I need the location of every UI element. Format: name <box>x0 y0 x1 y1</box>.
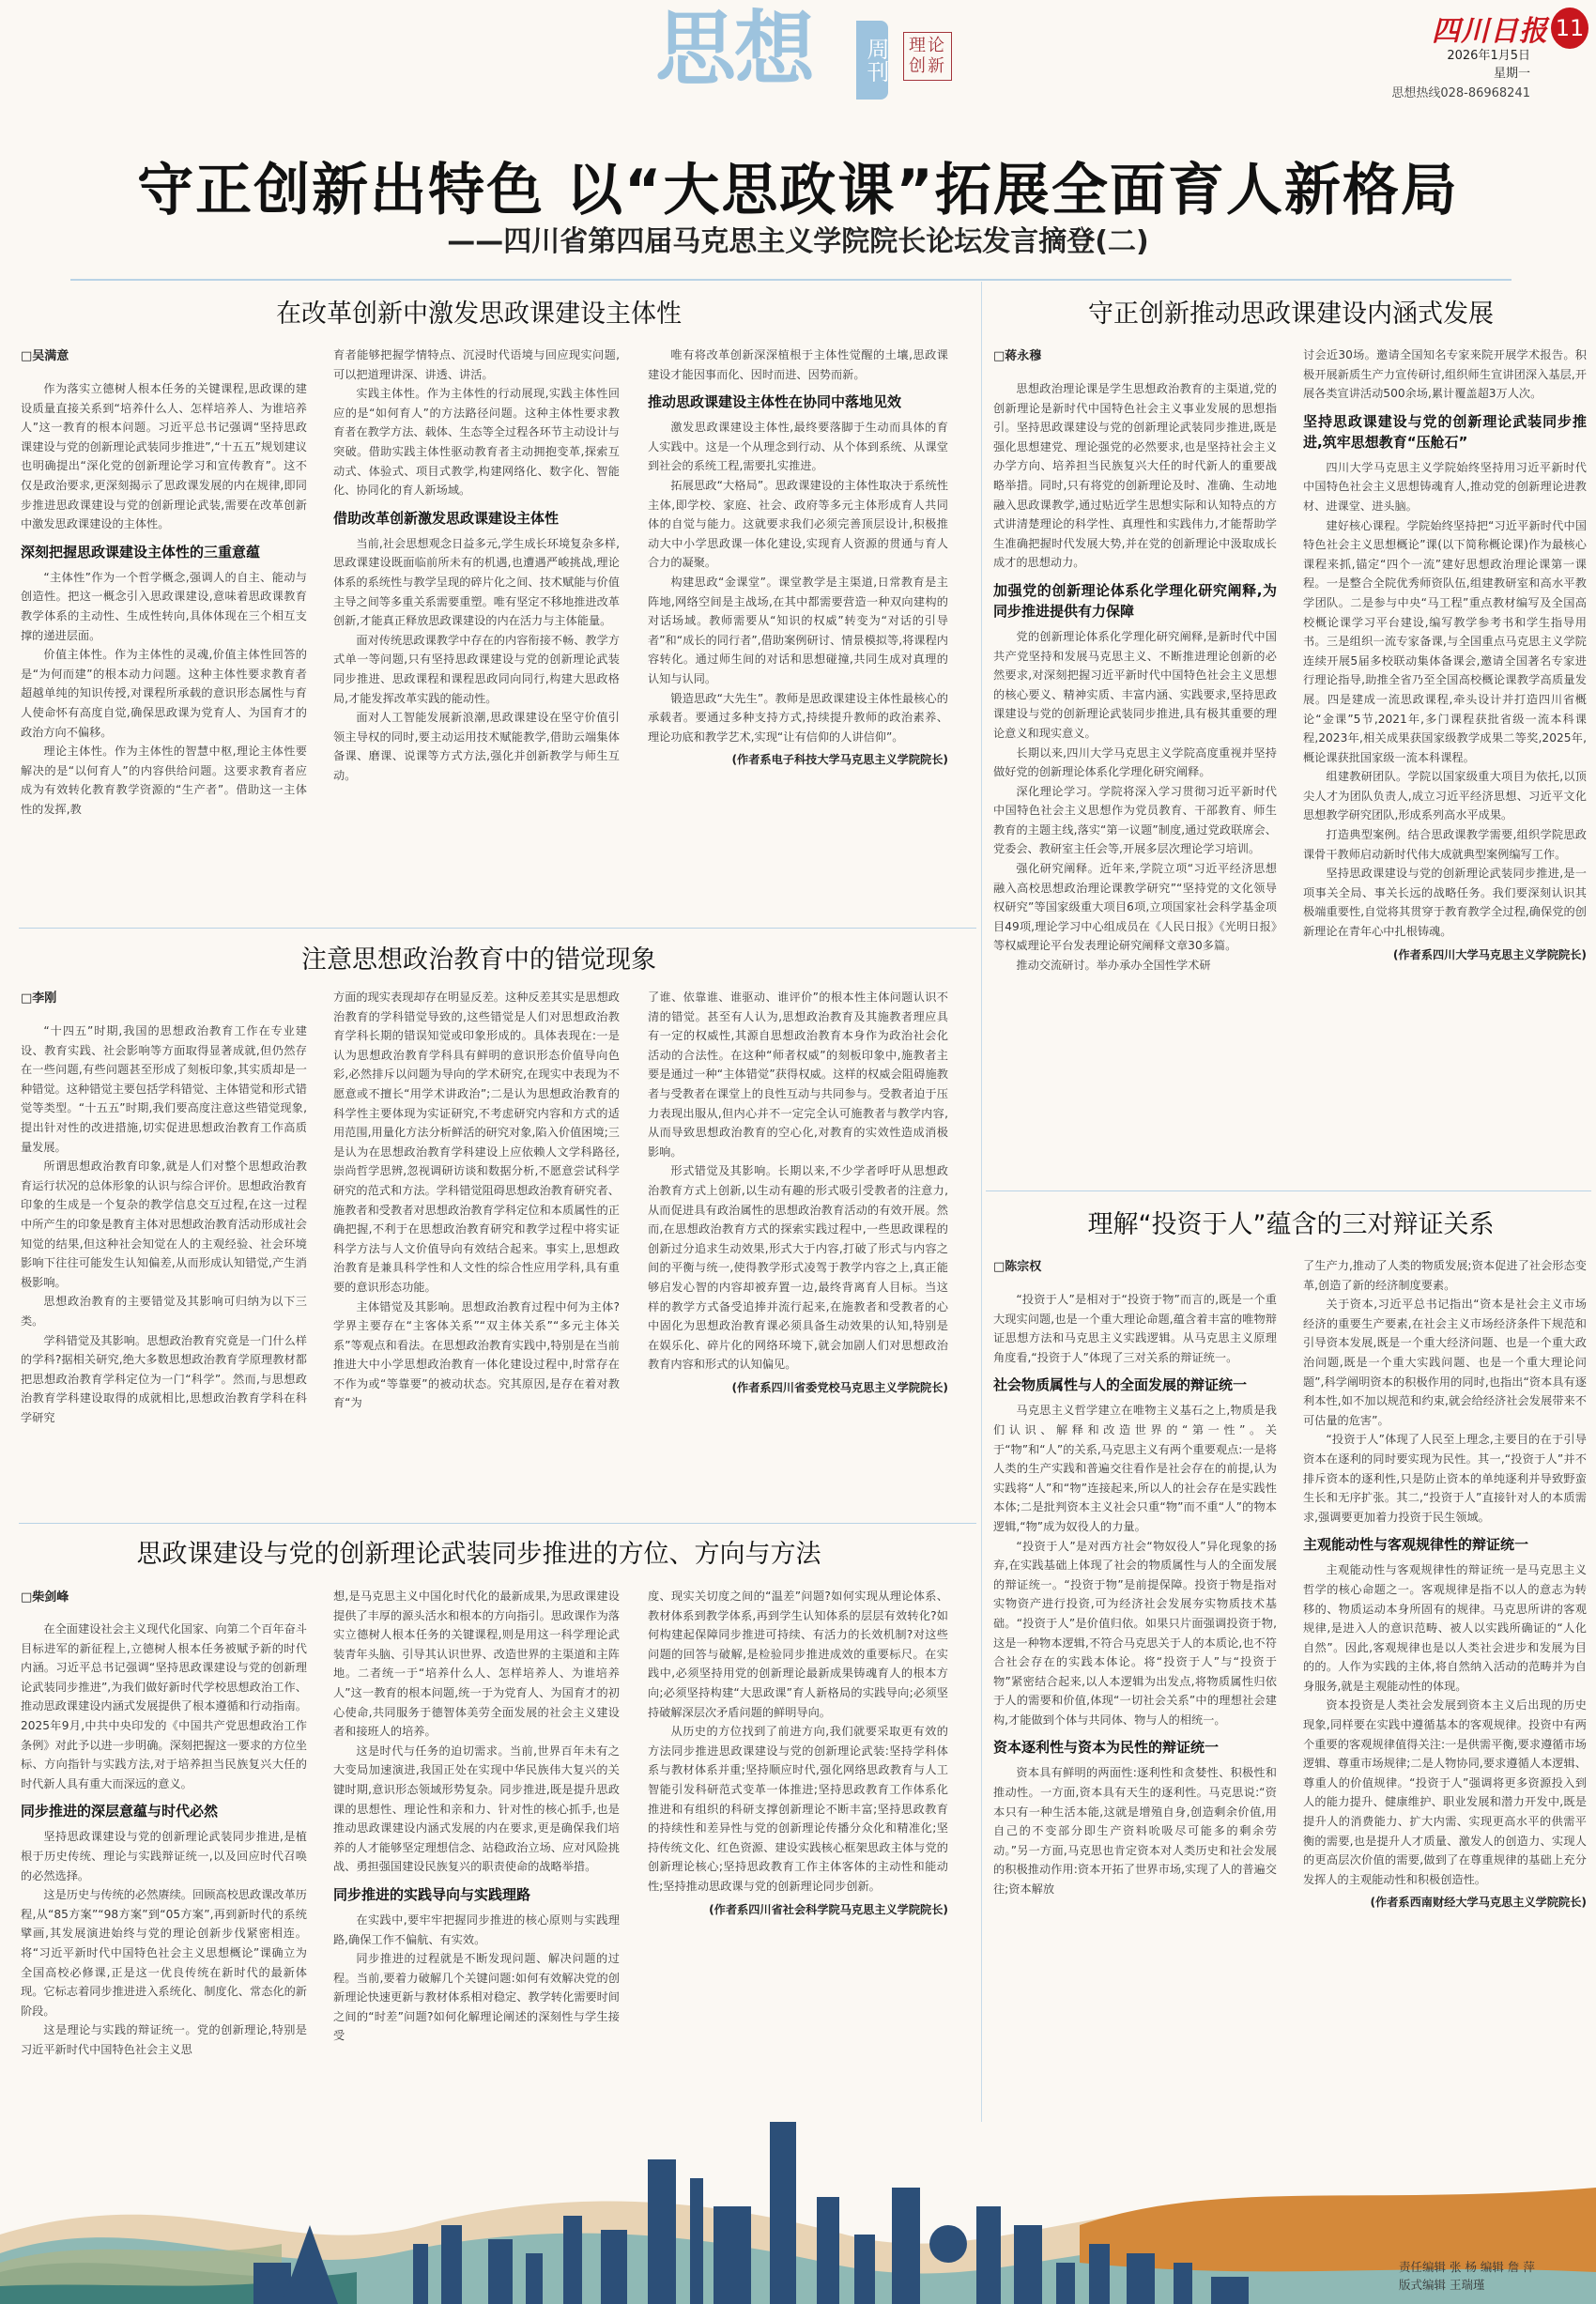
article-title: 思政课建设与党的创新理论武装同步推进的方位、方向与方法 <box>0 1533 958 1570</box>
hotline: 思想热线028-86968241 <box>1333 84 1530 102</box>
article-title: 注意思想政治教育中的错觉现象 <box>0 939 958 975</box>
paragraph: 方面的现实表现却存在明显反差。这种反差其实是思想政治教育的学科错觉导致的,这些错… <box>333 988 620 1298</box>
weekday: 星期一 <box>1371 65 1530 83</box>
author-signature: (作者系四川省委党校马克思主义学院院长) <box>648 1378 948 1398</box>
theory-innovation-seal: 理论创新 <box>903 32 952 81</box>
paragraph: 建好核心课程。学院始终坚持把“习近平新时代中国特色社会主义思想概论”课(以下简称… <box>1303 516 1587 768</box>
section-title: 思想 <box>655 9 813 90</box>
article-column: 了生产力,推动了人类的物质发展;资本促进了社会形态变革,创造了新的经济制度要素。… <box>1303 1256 1587 2116</box>
section-heading: 坚持思政课建设与党的创新理论武装同步推进,筑牢思想教育“压舱石” <box>1303 411 1587 453</box>
skyline-illustration <box>0 2122 1596 2304</box>
paragraph: 马克思主义哲学建立在唯物主义基石之上,物质是我们认识、解释和改造世界的“第一性”… <box>993 1401 1277 1536</box>
section-heading: 深刻把握思政课建设主体性的三重意蕴 <box>21 542 307 562</box>
article-column: 想,是马克思主义中国化时代化的最新成果,为思政课建设提供了丰厚的源头活水和根本的… <box>333 1587 620 2108</box>
paragraph: 主观能动性与客观规律性的辩证统一是马克思主义哲学的核心命题之一。客观规律是指不以… <box>1303 1560 1587 1696</box>
paragraph: 实践主体性。作为主体性的行动展现,实践主体性回应的是“如何育人”的方法路径问题。… <box>333 384 620 500</box>
paragraph: 锻造思政“大先生”。教师是思政课建设主体性最核心的承载者。要通过多种支持方式,持… <box>648 689 948 747</box>
section-heading: 借助改革创新激发思政课建设主体性 <box>333 508 620 529</box>
article-invest-in-people: 理解“投资于人”蕴含的三对辩证关系 □陈宗权 “投资于人”是相对于“投资于物”而… <box>986 1192 1596 2122</box>
paragraph: 四川大学马克思主义学院始终坚持用习近平新时代中国特色社会主义思想铸魂育人,推动党… <box>1303 458 1587 516</box>
author-signature: (作者系四川大学马克思主义学院院长) <box>1303 945 1587 965</box>
article-column: 讨会近30场。邀请全国知名专家来院开展学术报告。积极开展新质生产力宣传研讨,组织… <box>1303 346 1587 1187</box>
article-column: 了谁、依靠谁、谁驱动、谁评价”的根本性主体问题认识不清的错觉。甚至有人认为,思想… <box>648 988 948 1510</box>
paragraph: “投资于人”是相对于“投资于物”而言的,既是一个重大现实问题,也是一个重大理论命… <box>993 1290 1277 1367</box>
city-skyline-icon <box>0 2122 1596 2304</box>
paragraph: 资本具有鲜明的两面性:逐利性和贪婪性、积极性和推动性。一方面,资本具有天生的逐利… <box>993 1763 1277 1898</box>
article-column: 育者能够把握学情特点、沉浸时代语境与回应现实问题,可以把道理讲深、讲透、讲活。实… <box>333 346 620 924</box>
paragraph: 所谓思想政治教育印象,就是人们对整个思想政治教育运行状况的总体形象的认识与综合评… <box>21 1157 307 1292</box>
paragraph: 党的创新理论体系化学理化研究阐释,是新时代中国共产党坚持和发展马克思主义、不断推… <box>993 627 1277 744</box>
section-divider <box>19 1523 976 1524</box>
paragraph: 坚持思政课建设与党的创新理论武装同步推进,是一项事关全局、事关长远的战略任务。我… <box>1303 864 1587 941</box>
paragraph: 主体错觉及其影响。思想政治教育过程中何为主体?学界主要存在“主客体关系”“双主体… <box>333 1298 620 1414</box>
article-author: □柴剑峰 <box>21 1587 69 1605</box>
paragraph: 唯有将改革创新深深植根于主体性觉醒的土壤,思政课建设才能因事而化、因时而进、因势… <box>648 346 948 384</box>
column-divider <box>981 282 982 2122</box>
paragraph: 了谁、依靠谁、谁驱动、谁评价”的根本性主体问题认识不清的错觉。甚至有人认为,思想… <box>648 988 948 1161</box>
paragraph: 激发思政课建设主体性,最终要落脚于生动而具体的育人实践中。这是一个从理念到行动、… <box>648 418 948 476</box>
article-column: “投资于人”是相对于“投资于物”而言的,既是一个重大现实问题,也是一个重大理论命… <box>993 1290 1277 2116</box>
article-author: □李刚 <box>21 988 56 1006</box>
paragraph: “投资于人”是对西方社会“物奴役人”异化现象的扬弃,在实践基础上体现了社会的物质… <box>993 1537 1277 1730</box>
section-divider <box>986 1190 1591 1191</box>
article-illusion: 注意思想政治教育中的错觉现象 □李刚 “十四五”时期,我国的思想政治教育工作在专… <box>0 929 981 1521</box>
paragraph: 学科错觉及其影响。思想政治教育究竟是一门什么样的学科?据相关研究,绝大多数思想政… <box>21 1331 307 1428</box>
paragraph: 想,是马克思主义中国化时代化的最新成果,为思政课建设提供了丰厚的源头活水和根本的… <box>333 1587 620 1742</box>
paragraph: 这是理论与实践的辩证统一。党的创新理论,特别是习近平新时代中国特色社会主义思 <box>21 2020 307 2059</box>
paragraph: 打造典型案例。结合思政课教学需要,组织学院思政课骨干教师启动新时代伟大成就典型案… <box>1303 825 1587 864</box>
top-divider <box>70 279 1512 281</box>
paragraph: 育者能够把握学情特点、沉浸时代语境与回应现实问题,可以把道理讲深、讲透、讲活。 <box>333 346 620 384</box>
section-heading: 同步推进的深层意蕴与时代必然 <box>21 1801 307 1821</box>
article-title: 理解“投资于人”蕴含的三对辩证关系 <box>986 1204 1596 1240</box>
paragraph: 拓展思政“大格局”。思政课建设的主体性取决于系统性主体,即学校、家庭、社会、政府… <box>648 476 948 573</box>
paragraph: 思想政治教育的主要错觉及其影响可归纳为以下三类。 <box>21 1292 307 1330</box>
page-number-badge: 11 <box>1551 8 1588 49</box>
paragraph: 理论主体性。作为主体性的智慧中枢,理论主体性要解决的是“以何育人”的内容供给问题… <box>21 742 307 819</box>
paragraph: 在实践中,要牢牢把握同步推进的核心原则与实践理路,确保工作不偏航、有实效。 <box>333 1911 620 1949</box>
paragraph: 同步推进的过程就是不断发现问题、解决问题的过程。当前,要着力破解几个关键问题:如… <box>333 1949 620 2046</box>
section-heading: 资本逐利性与资本为民性的辩证统一 <box>993 1737 1277 1758</box>
article-author: □吴满意 <box>21 346 69 363</box>
paragraph: 当前,社会思想观念日益多元,学生成长环境复杂多样,思政课建设既面临前所未有的机遇… <box>333 534 620 631</box>
article-column: 方面的现实表现却存在明显反差。这种反差其实是思想政治教育的学科错觉导致的,这些错… <box>333 988 620 1510</box>
section-heading: 同步推进的实践导向与实践理路 <box>333 1884 620 1905</box>
author-signature: (作者系西南财经大学马克思主义学院院长) <box>1303 1893 1587 1912</box>
paragraph: 关于资本,习近平总书记指出“资本是社会主义市场经济的重要生产要素,在社会主义市场… <box>1303 1295 1587 1430</box>
editor-credits: 责任编辑 张 杨 编辑 詹 萍 版式编辑 王瑞瑾 <box>1399 2258 1535 2294</box>
paragraph: 度、现实关切度之间的“温差”问题?如何实现从理论体系、教材体系到教学体系,再到学… <box>648 1587 948 1722</box>
masthead: 思想 周刊 理论创新 四川日报 11 2026年1月5日 星期一 思想热线028… <box>0 0 1596 141</box>
paragraph: 在全面建设社会主义现代化国家、向第二个百年奋斗目标进军的新征程上,立德树人根本任… <box>21 1620 307 1793</box>
editor-line: 责任编辑 张 杨 编辑 詹 萍 <box>1399 2258 1535 2276</box>
paragraph: 形式错觉及其影响。长期以来,不少学者呼吁从思想政治教育方式上创新,以生动有趣的形… <box>648 1161 948 1375</box>
article-author: □蒋永穆 <box>993 346 1041 363</box>
paragraph: 价值主体性。作为主体性的灵魂,价值主体性回答的是“为何而建”的根本动力问题。这种… <box>21 645 307 742</box>
article-column: 唯有将改革创新深深植根于主体性觉醒的土壤,思政课建设才能因事而化、因时而进、因势… <box>648 346 948 924</box>
author-signature: (作者系四川省社会科学院马克思主义学院院长) <box>648 1900 948 1920</box>
paragraph: 资本投资是人类社会发展到资本主义后出现的历史现象,同样要在实践中遵循基本的客观规… <box>1303 1696 1587 1889</box>
paragraph: 强化研究阐释。近年来,学院立项“习近平经济思想融入高校思想政治理论课教学研究”“… <box>993 859 1277 956</box>
paragraph: 从历史的方位找到了前进方向,我们就要采取更有效的方法同步推进思政课建设与党的创新… <box>648 1722 948 1896</box>
section-tag: 周刊 <box>856 21 888 100</box>
article-column: 度、现实关切度之间的“温差”问题?如何实现从理论体系、教材体系到教学体系,再到学… <box>648 1587 948 2108</box>
paragraph: 面对人工智能发展新浪潮,思政课建设在坚守价值引领主导权的同时,要主动运用技术赋能… <box>333 708 620 785</box>
paragraph: 坚持思政课建设与党的创新理论武装同步推进,是植根于历史传统、理论与实践辩证统一,… <box>21 1827 307 1885</box>
paragraph: 思想政治理论课是学生思想政治教育的主渠道,党的创新理论是新时代中国特色社会主义事… <box>993 379 1277 573</box>
section-heading: 社会物质属性与人的全面发展的辩证统一 <box>993 1375 1277 1395</box>
section-divider <box>19 928 976 929</box>
section-heading: 加强党的创新理论体系化学理化研究阐释,为同步推进提供有力保障 <box>993 580 1277 622</box>
paragraph: 长期以来,四川大学马克思主义学院高度重视并坚持做好党的创新理论体系化学理化研究阐… <box>993 744 1277 782</box>
newspaper-brand: 四川日报 <box>1432 8 1548 49</box>
paragraph: 组建教研团队。学院以国家级重大项目为依托,以顶尖人才为团队负责人,成立习近平经济… <box>1303 767 1587 825</box>
paragraph: 构建思政“金课堂”。课堂教学是主渠道,日常教育是主阵地,网络空间是主战场,在其中… <box>648 573 948 689</box>
article-column: “十四五”时期,我国的思想政治教育工作在专业建设、教育实践、社会影响等方面取得显… <box>21 1021 307 1510</box>
article-reform-innovation: 在改革创新中激发思政课建设主体性 □吴满意 作为落实立德树人根本任务的关键课程,… <box>0 282 981 929</box>
paragraph: 讨会近30场。邀请全国知名专家来院开展学术报告。积极开展新质生产力宣传研讨,组织… <box>1303 346 1587 404</box>
issue-date: 2026年1月5日 <box>1371 47 1530 65</box>
paragraph: “十四五”时期,我国的思想政治教育工作在专业建设、教育实践、社会影响等方面取得显… <box>21 1021 307 1157</box>
paragraph: 深化理论学习。学院将深入学习贯彻习近平新时代中国特色社会主义思想作为党员教育、干… <box>993 782 1277 859</box>
page-subheadline: ——四川省第四届马克思主义学院院长论坛发言摘登(二) <box>0 218 1596 259</box>
article-sync-advance: 思政课建设与党的创新理论武装同步推进的方位、方向与方法 □柴剑峰 在全面建设社会… <box>0 1526 981 2127</box>
paragraph: 作为落实立德树人根本任务的关键课程,思政课的建设质量直接关系到“培养什么人、怎样… <box>21 379 307 534</box>
paragraph: 这是时代与任务的迫切需求。当前,世界百年未有之大变局加速演进,我国正处在实现中华… <box>333 1742 620 1877</box>
section-heading: 主观能动性与客观规律性的辩证统一 <box>1303 1534 1587 1555</box>
paragraph: 这是历史与传统的必然赓续。回顾高校思政课改革历程,从“85方案”“98方案”到“… <box>21 1885 307 2020</box>
author-signature: (作者系电子科技大学马克思主义学院院长) <box>648 750 948 770</box>
article-title: 在改革创新中激发思政课建设主体性 <box>0 293 958 330</box>
article-column: 作为落实立德树人根本任务的关键课程,思政课的建设质量直接关系到“培养什么人、怎样… <box>21 379 307 924</box>
article-column: 思想政治理论课是学生思想政治教育的主渠道,党的创新理论是新时代中国特色社会主义事… <box>993 379 1277 1187</box>
article-author: □陈宗权 <box>993 1256 1041 1274</box>
article-title: 守正创新推动思政课建设内涵式发展 <box>986 293 1596 330</box>
paragraph: “主体性”作为一个哲学概念,强调人的自主、能动与创造性。把这一概念引入思政课建设… <box>21 568 307 645</box>
page-headline: 守正创新出特色 以“大思政课”拓展全面育人新格局 <box>0 146 1596 226</box>
paragraph: 面对传统思政课教学中存在的内容衔接不畅、教学方式单一等问题,只有坚持思政课建设与… <box>333 631 620 708</box>
section-heading: 推动思政课建设主体性在协同中落地见效 <box>648 392 948 412</box>
paragraph: “投资于人”体现了人民至上理念,主要目的在于引导资本在逐利的同时要实现为民性。其… <box>1303 1430 1587 1527</box>
paragraph: 了生产力,推动了人类的物质发展;资本促进了社会形态变革,创造了新的经济制度要素。 <box>1303 1256 1587 1295</box>
layout-editor-line: 版式编辑 王瑞瑾 <box>1399 2276 1535 2294</box>
article-integrity-innovation: 守正创新推动思政课建设内涵式发展 □蒋永穆 思想政治理论课是学生思想政治教育的主… <box>986 282 1596 1192</box>
article-column: 在全面建设社会主义现代化国家、向第二个百年奋斗目标进军的新征程上,立德树人根本任… <box>21 1620 307 2108</box>
paragraph: 推动交流研讨。举办承办全国性学术研 <box>993 956 1277 975</box>
